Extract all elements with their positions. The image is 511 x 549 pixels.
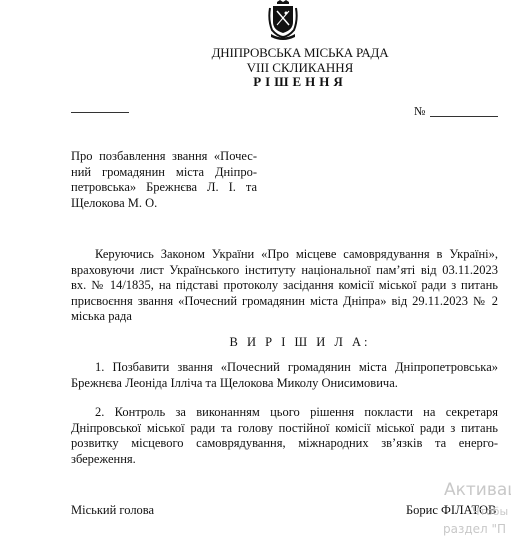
signatory-position: Міський голова: [71, 503, 154, 518]
preamble-line: Керуючись Законом України «Про місцеве с…: [71, 247, 498, 263]
preamble-line: вх. № 14/1835, на підставі протоколу зас…: [71, 278, 498, 294]
item-line: 2. Контроль за виконанням цього рішення …: [71, 405, 498, 421]
subject-line: Про позбавлення звання «Почес-: [71, 149, 257, 165]
item-line: розвитку місцевого самоврядування, міжна…: [71, 436, 498, 452]
decision-item-2: 2. Контроль за виконанням цього рішення …: [71, 405, 498, 467]
dnipro-coat-of-arms-icon: [268, 0, 298, 40]
number-label: №: [414, 104, 425, 119]
item-line: Дніпровської міської ради та голову пост…: [71, 421, 498, 437]
activation-watermark-title: Активаці: [444, 480, 511, 500]
subject-line: Щелокова М. О.: [71, 196, 257, 212]
number-blank-line: [430, 116, 498, 117]
activation-watermark-text: Чтобы акт: [472, 505, 511, 518]
item-line: Брежнєва Леоніда Ілліча та Щелокова Мико…: [71, 376, 498, 392]
activation-watermark-text: раздел "П: [443, 522, 506, 536]
decided-heading: В И Р І Ш И Л А:: [150, 335, 450, 350]
decision-item-1: 1. Позбавити звання «Почесний громадянин…: [71, 360, 498, 391]
decision-subject: Про позбавлення звання «Почес- ний грома…: [71, 149, 257, 211]
preamble-line: присвоєння звання «Почесний громадянин м…: [71, 294, 498, 310]
subject-line: ний громадянин міста Дніпро-: [71, 165, 257, 181]
preamble-line: враховуючи лист Українського інституту н…: [71, 263, 498, 279]
preamble-paragraph: Керуючись Законом України «Про місцеве с…: [71, 247, 498, 325]
item-line: збереження.: [71, 452, 498, 468]
subject-line: петровська» Брежнєва Л. І. та: [71, 180, 257, 196]
convocation: VIII СКЛИКАННЯ: [150, 61, 450, 75]
date-blank-line: [71, 112, 129, 113]
document-type: РІШЕННЯ: [150, 75, 450, 89]
preamble-line: міська рада: [71, 309, 498, 325]
council-name: ДНІПРОВСЬКА МІСЬКА РАДА: [150, 46, 450, 60]
item-line: 1. Позбавити звання «Почесний громадянин…: [71, 360, 498, 376]
